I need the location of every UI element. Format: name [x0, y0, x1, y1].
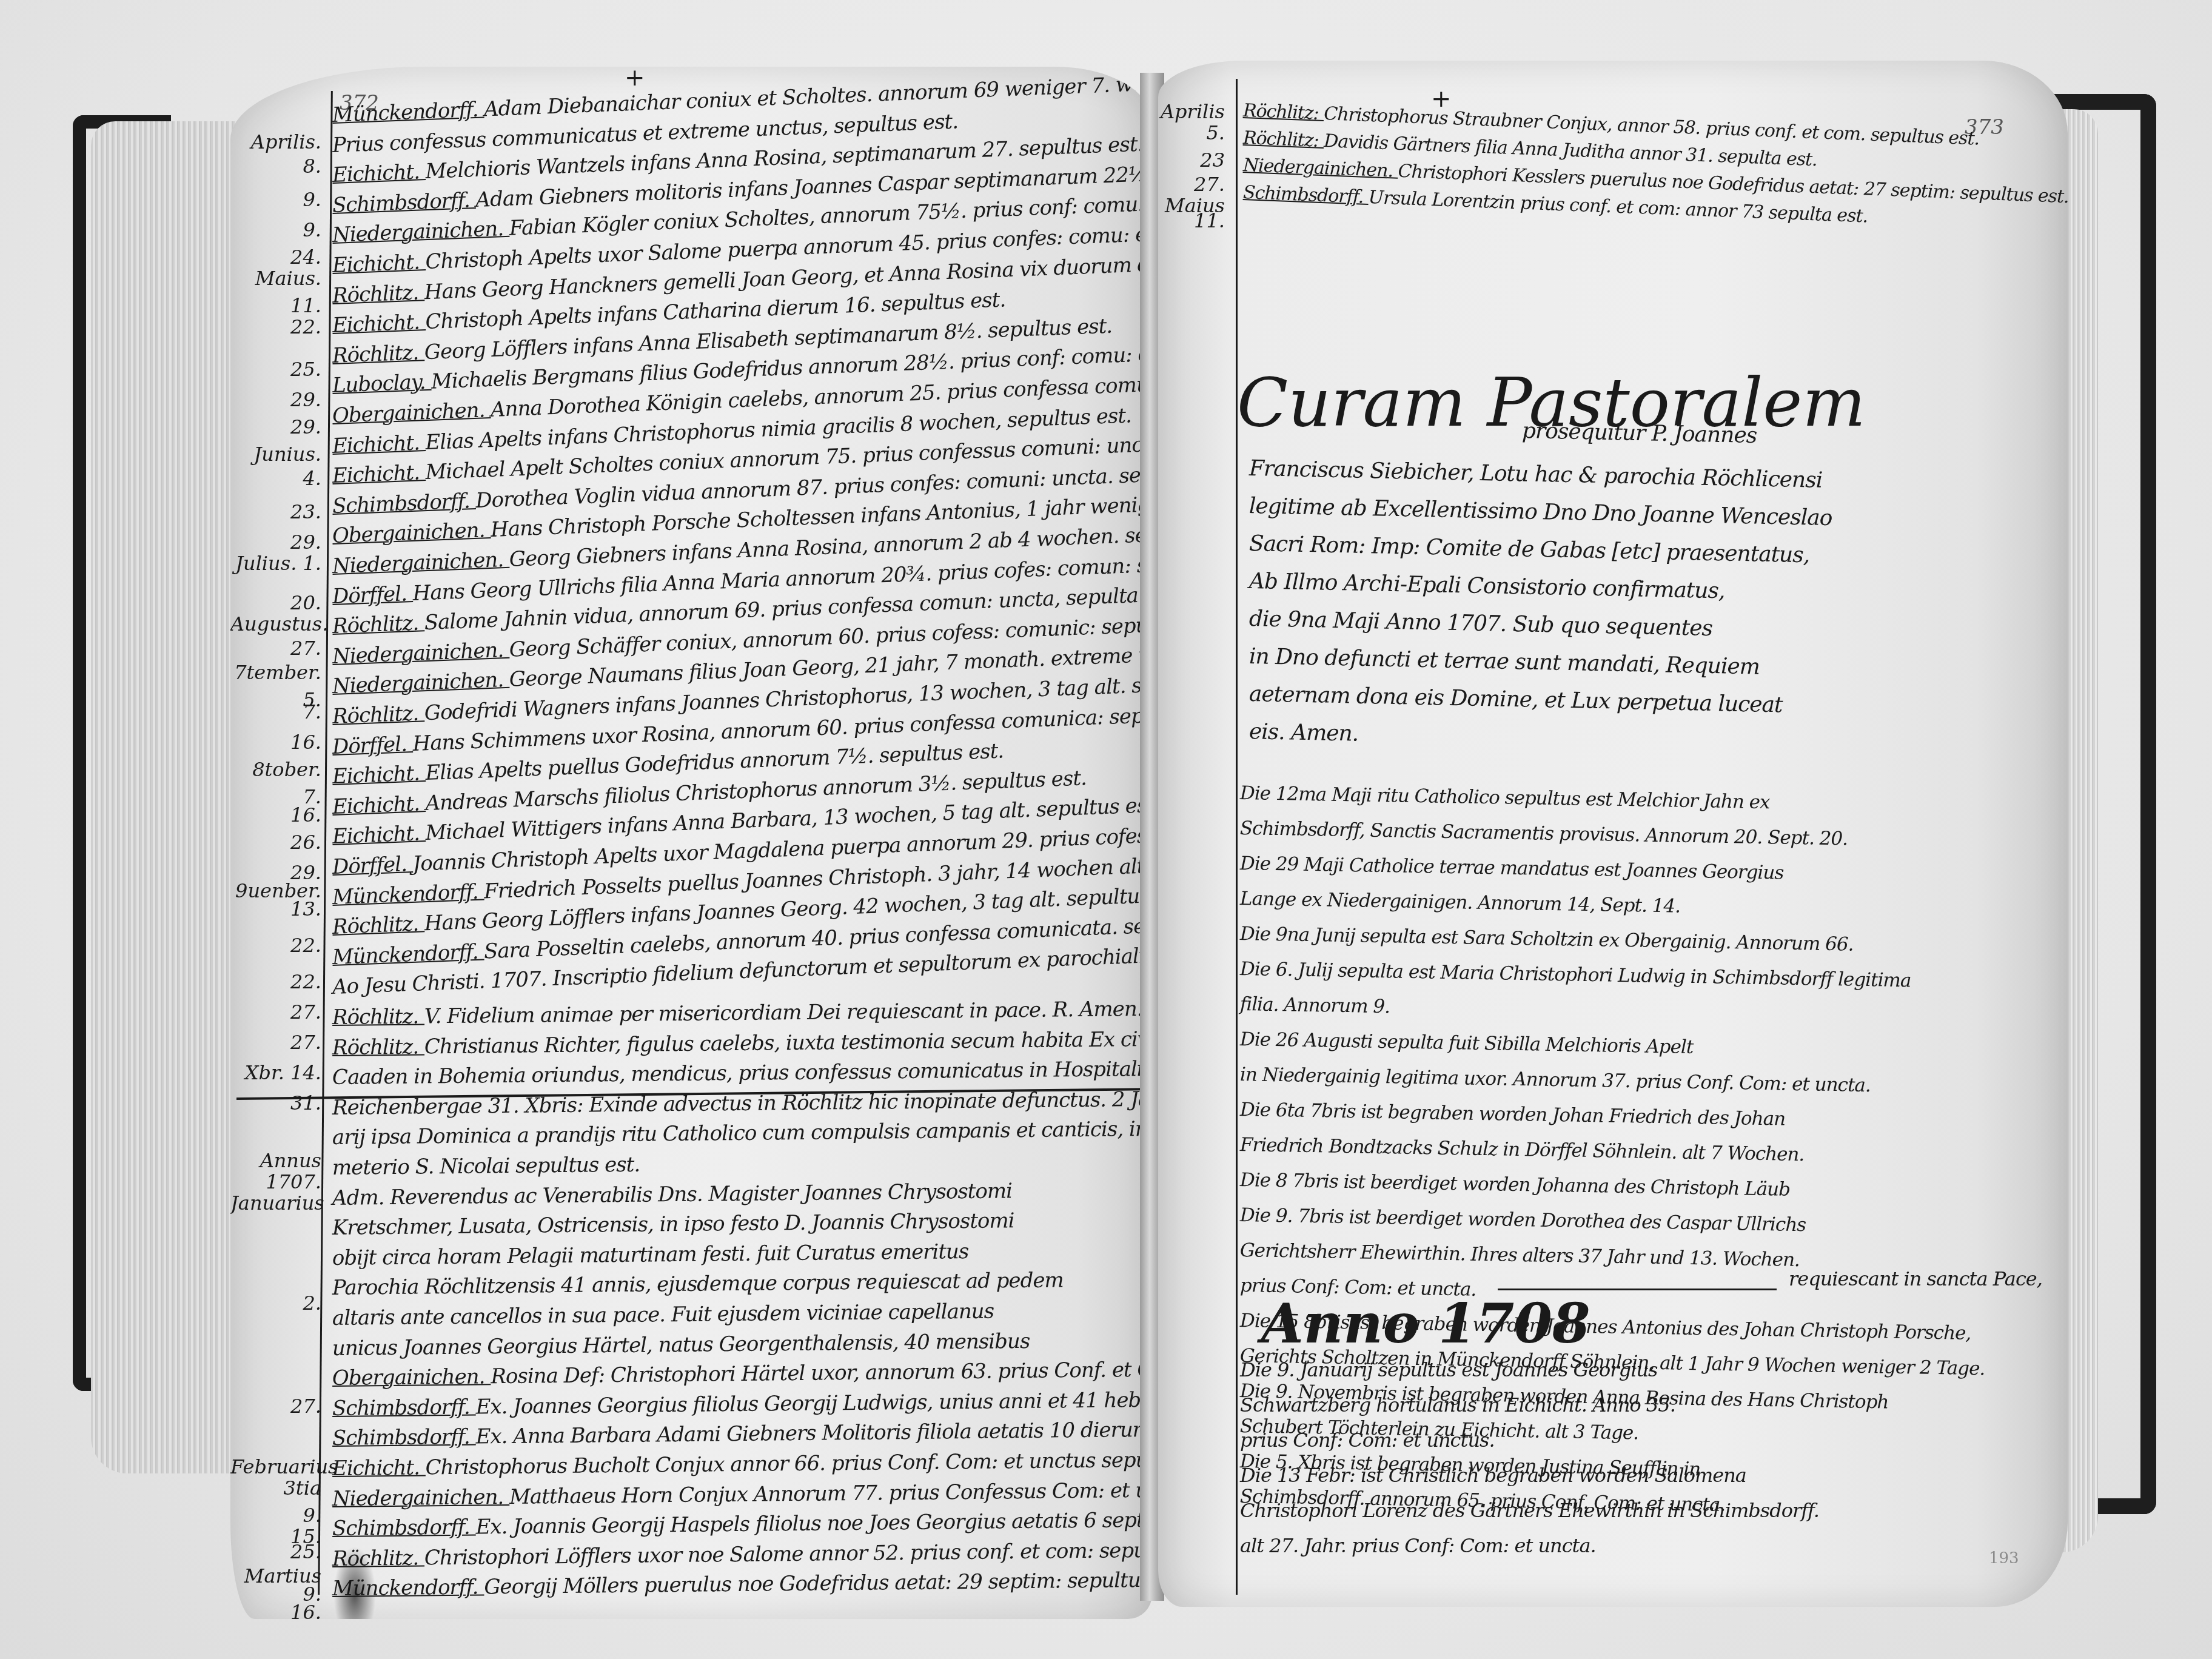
register-entry-line: Gerichtsherr Ehewirthin. Ihres alters 37… [1240, 1239, 1800, 1271]
margin-date-label: Augustus. [230, 612, 321, 635]
closing-formula: requiescant in sancta Pace, [1789, 1267, 2042, 1290]
entry-place-name: Röchlitz. [332, 1004, 424, 1030]
margin-date-label: 24. [230, 246, 321, 269]
margin-date-label: 9. [230, 1504, 321, 1527]
margin-date-label: 11. [230, 294, 321, 317]
margin-date-label: 3tia [230, 1476, 321, 1500]
margin-date-label: 11. [1158, 209, 1225, 232]
register-entry: obijt circa horam Pelagii maturtinam fes… [332, 1239, 969, 1270]
register-entry: Obergainichen. Rosina Def: Christophori … [332, 1357, 1152, 1390]
margin-date-label: 7. [230, 700, 321, 723]
entry-text: Christophorus Bucholt Conjux annor 66. p… [426, 1447, 1152, 1480]
margin-date-label: Julius. 1. [230, 552, 321, 575]
heading-body-line: Sacri Rom: Imp: Comite de Gabas [etc] pr… [1249, 531, 1810, 568]
page-block-edge-left [91, 121, 249, 1473]
right-page: 373 193 + Aprilis5.2327.Maius11. Röchlit… [1158, 61, 2068, 1607]
entry-place-name: Röchlitz: [1242, 100, 1324, 124]
register-entry: Schimbsdorff. Ex. Joannis Georgij Haspel… [332, 1506, 1152, 1541]
cross-mark: + [625, 67, 645, 92]
register-entry-line: Friedrich Bondtzacks Schulz in Dörffel S… [1240, 1134, 1805, 1165]
margin-date-label: Xbr. 14. [230, 1061, 321, 1084]
register-entry-line: Die 8 7bris ist beerdiget worden Johanna… [1240, 1169, 1791, 1201]
margin-date-label: 9. [230, 218, 321, 241]
register-entry-line: Lange ex Niedergainigen. Annorum 14, Sep… [1240, 888, 1681, 917]
margin-date-label: 8. [230, 155, 321, 178]
register-entry: Schimbsdorff. Ex. Anna Barbara Adami Gie… [332, 1418, 1151, 1450]
margin-date-label: 23 [1158, 149, 1225, 172]
entry-text: altaris ante cancellos in sua pace. Fuit… [332, 1299, 994, 1330]
entry-place-name: Röchlitz. [332, 340, 424, 368]
heading-body-line: die 9na Maji Anno 1707. Sub quo sequente… [1249, 606, 1713, 641]
register-entry: Niedergainichen. Matthaeus Horn Conjux A… [332, 1476, 1152, 1510]
margin-date-label: 27. [230, 637, 321, 660]
margin-date-label: 27. [230, 1000, 321, 1024]
register-entry: Röchlitz. Christophori Löfflers uxor noe… [332, 1538, 1152, 1571]
entry-place-name: Luboclay. [332, 370, 432, 398]
entry-place-name: Niedergainichen. [332, 668, 509, 699]
register-entry-line: in Niedergainig legitima uxor. Annorum 3… [1240, 1064, 1871, 1096]
heading-body-line: legitime ab Excellentissimo Dno Dno Joan… [1249, 494, 1832, 531]
margin-date-label: 29. [230, 531, 321, 554]
register-entry: arij ipsa Dominica a prandijs ritu Catho… [332, 1116, 1152, 1150]
entry-text: meterio S. Nicolai sepultus est. [332, 1153, 640, 1180]
register-entry: Röchlitz. V. Fidelium animae per miseric… [332, 997, 1143, 1030]
entry-place-name: Röchlitz: [1242, 127, 1324, 152]
margin-date-label: Februarius [230, 1455, 321, 1478]
heading-body-line: Franciscus Siebicher, Lotu hac & parochi… [1249, 456, 1823, 493]
entry-place-name: Eichicht. [332, 822, 426, 850]
entry-place-name: Schimbsdorff. [332, 1425, 476, 1450]
margin-date-label: 9. [230, 188, 321, 211]
margin-date-label: 27. [230, 1031, 321, 1054]
entry-text: Matthaeus Horn Conjux Annorum 77. prius … [509, 1476, 1152, 1509]
register-entry-line: Die 9na Junij sepulta est Sara Scholtzin… [1240, 923, 1854, 956]
entry-text: unicus Joannes Georgius Härtel, natus Ge… [332, 1329, 1030, 1361]
margin-date-label: 29. [230, 415, 321, 438]
register-entry: Eichicht. Christophorus Bucholt Conjux a… [332, 1447, 1152, 1481]
register-entry-line: Die 6ta 7bris ist begraben worden Johan … [1240, 1099, 1786, 1130]
margin-date-label: 22. [230, 934, 321, 957]
entry-place-name: Röchlitz. [332, 1034, 424, 1060]
archive-number: 193 [1989, 1549, 2019, 1567]
left-page: 372 + Aprilis.8.9.9.24.Maius.11.22.25.29… [230, 67, 1152, 1619]
year-heading: Anno 1708 [1261, 1292, 1590, 1356]
margin-date-label: 4. [230, 467, 321, 490]
margin-date-label: Aprilis [1158, 100, 1225, 123]
register-entry-line: Die 29 Maji Catholice terrae mandatus es… [1240, 853, 1784, 884]
margin-date-label: 1707. [230, 1170, 321, 1193]
register-entry-line: Schwartzberg hortulanus in Eichicht. Ann… [1240, 1393, 1675, 1416]
margin-date-label: 16. [230, 1601, 321, 1619]
entry-place-name: Dörffel. [332, 852, 413, 879]
margin-date-label: Annus [230, 1149, 321, 1172]
entry-text: Kretschmer, Lusata, Ostricensis, in ipso… [332, 1208, 1014, 1240]
entry-text: arij ipsa Dominica a prandijs ritu Catho… [332, 1116, 1152, 1150]
margin-date-label: 2. [230, 1292, 321, 1315]
margin-date-label: 16. [230, 731, 321, 754]
entry-text: Caaden in Bohemia oriundus, mendicus, pr… [332, 1057, 1143, 1090]
register-entry: Adm. Reverendus ac Venerabilis Dns. Magi… [332, 1179, 1012, 1210]
entry-text: obijt circa horam Pelagii maturtinam fes… [332, 1239, 969, 1270]
margin-date-label: 31. [230, 1091, 321, 1114]
entry-place-name: Röchlitz. [332, 280, 424, 308]
entry-place-name: Röchlitz. [332, 611, 424, 638]
entry-place-name: Niedergainichen. [332, 216, 509, 247]
entry-text: Rosina Def: Christophori Härtel uxor, an… [491, 1357, 1152, 1389]
margin-date-label: 26. [230, 831, 321, 854]
register-entry-line: Die 13 Febr: ist Christlich begraben wor… [1240, 1464, 1746, 1487]
heading-body-line: aeternam dona eis Domine, et Lux perpetu… [1249, 682, 1783, 717]
entry-text: Georgij Möllers puerulus noe Godefridus … [484, 1568, 1152, 1600]
margin-date-label: 16. [230, 803, 321, 826]
entry-text: Ex. Joannis Georgij Haspels filiolus noe… [475, 1506, 1152, 1540]
entry-place-name: Röchlitz. [332, 911, 424, 939]
entry-place-name: Eichicht. [332, 159, 426, 187]
margin-date-label: 7tember. [230, 661, 321, 684]
entry-place-name: Schimbsdorff. [1242, 182, 1369, 208]
entry-place-name: Münckendorff. [332, 97, 484, 127]
margin-date-label: 22. [230, 315, 321, 338]
margin-date-label: 29. [230, 388, 321, 411]
entry-place-name: Obergainichen. [332, 398, 491, 428]
margin-date-label: 25. [230, 358, 321, 381]
entry-place-name: Niedergainichen. [332, 548, 509, 578]
margin-date-label: 13. [230, 897, 321, 920]
margin-date-label: 20. [230, 591, 321, 614]
entry-text: Christophori Löfflers uxor noe Salome an… [424, 1538, 1152, 1570]
entry-place-name: Schimbsdorff. [332, 1395, 476, 1420]
heading-body-line: in Dno defuncti et terrae sunt mandati, … [1249, 644, 1760, 680]
register-entry: meterio S. Nicolai sepultus est. [332, 1153, 640, 1180]
entry-place-name: Röchlitz. [332, 701, 424, 729]
margin-date-label: Junius. [230, 443, 321, 466]
register-entry: Röchlitz. Christianus Richter, figulus c… [332, 1027, 1152, 1060]
entry-place-name: Eichicht. [332, 310, 426, 338]
entry-place-name: Niedergainichen. [1242, 155, 1398, 182]
entry-place-name: Eichicht. [332, 761, 426, 789]
ink-smudge [333, 1546, 376, 1619]
register-entry-line: prius Conf: Com: et unctus. [1240, 1429, 1495, 1452]
margin-date-label: Januarius [230, 1191, 321, 1215]
register-entry-line: filia. Annorum 9. [1240, 993, 1390, 1017]
register-entry-line: Die 9. 7bris ist beerdiget worden Doroth… [1240, 1204, 1806, 1236]
entry-place-name: Eichicht. [332, 250, 426, 278]
register-entry: altaris ante cancellos in sua pace. Fuit… [332, 1299, 994, 1330]
register-entry: Caaden in Bohemia oriundus, mendicus, pr… [332, 1057, 1143, 1090]
entry-text: Christianus Richter, figulus caelebs, iu… [424, 1027, 1152, 1059]
register-entry: Schimbsdorff. Ex. Joannes Georgius filio… [332, 1388, 1147, 1421]
margin-date-label: Maius. [230, 267, 321, 290]
register-entry-line: Die 26 Augusti sepulta fuit Sibilla Melc… [1240, 1028, 1694, 1058]
margin-date-label: 27. [1158, 173, 1225, 196]
entry-place-name: Dörffel. [332, 732, 413, 759]
register-entry-line: Schimbsdorff, Sanctis Sacramentis provis… [1240, 817, 1848, 850]
year-heading-rule [1498, 1289, 1777, 1290]
entry-place-name: Niedergainichen. [332, 1485, 510, 1511]
register-entry-line: Die 6. Julij sepulta est Maria Christoph… [1240, 958, 1911, 991]
register-entry-line: Die 12ma Maji ritu Catholico sepultus es… [1240, 782, 1770, 813]
entry-place-name: Münckendorff. [332, 879, 484, 910]
margin-date-label: 22. [230, 970, 321, 993]
entry-place-name: Schimbsdorff. [332, 489, 476, 518]
entry-place-name: Eichicht. [332, 1455, 426, 1481]
entry-text: V. Fidelium animae per misericordiam Dei… [424, 997, 1143, 1028]
entry-place-name: Obergainichen. [332, 518, 491, 548]
entry-place-name: Münckendorff. [332, 939, 484, 970]
register-entry: Kretschmer, Lusata, Ostricensis, in ipso… [332, 1208, 1014, 1240]
margin-date-label: 25. [230, 1540, 321, 1563]
margin-date-label: 5. [1158, 121, 1225, 144]
register-entry: Parochia Röchlitzensis 41 annis, ejusdem… [332, 1269, 1064, 1301]
entry-place-name: Obergainichen. [332, 1364, 491, 1390]
entry-text: Adm. Reverendus ac Venerabilis Dns. Magi… [332, 1179, 1012, 1210]
margin-date-label: 23. [230, 500, 321, 523]
entry-place-name: Niedergainichen. [332, 638, 509, 669]
entry-place-name: Eichicht. [332, 460, 426, 488]
margin-rule-line [1236, 79, 1238, 1595]
margin-date-label: 27. [230, 1395, 321, 1418]
register-entry-line: Christophori Lorenz des Gärtners Ehewirt… [1240, 1499, 1819, 1522]
heading-body-line: Ab Illmo Archi-Epali Consistorio confirm… [1249, 569, 1725, 603]
register-entry-line: alt 27. Jahr. prius Conf: Com: et uncta. [1240, 1534, 1596, 1557]
entry-place-name: Eichicht. [332, 431, 426, 458]
register-entry-line: Die 9. Januarij sepultus est Joannes Geo… [1240, 1358, 1657, 1381]
register-entry: Münckendorff. Georgij Möllers puerulus n… [332, 1568, 1152, 1601]
entry-text: Ex. Joannes Georgius filiolus Georgij Lu… [475, 1388, 1147, 1419]
entry-place-name: Schimbsdorff. [332, 1515, 476, 1541]
entry-place-name: Dörffel. [332, 581, 413, 609]
margin-date-label: 8tober. [230, 758, 321, 781]
entry-place-name: Eichicht. [332, 791, 426, 819]
entry-text: Ex. Anna Barbara Adami Giebners Molitori… [475, 1418, 1151, 1449]
entry-text: Parochia Röchlitzensis 41 annis, ejusdem… [332, 1269, 1064, 1301]
heading-body-line: eis. Amen. [1249, 719, 1359, 746]
entry-text: Adam Diebanaichar coniux et Scholtes. an… [483, 70, 1152, 121]
heading-body-line: prosequitur P. Joannes [1522, 418, 1757, 448]
entry-place-name: Schimbsdorff. [332, 188, 476, 218]
register-entry: unicus Joannes Georgius Härtel, natus Ge… [332, 1329, 1030, 1361]
margin-date-label: Aprilis. [230, 130, 321, 153]
